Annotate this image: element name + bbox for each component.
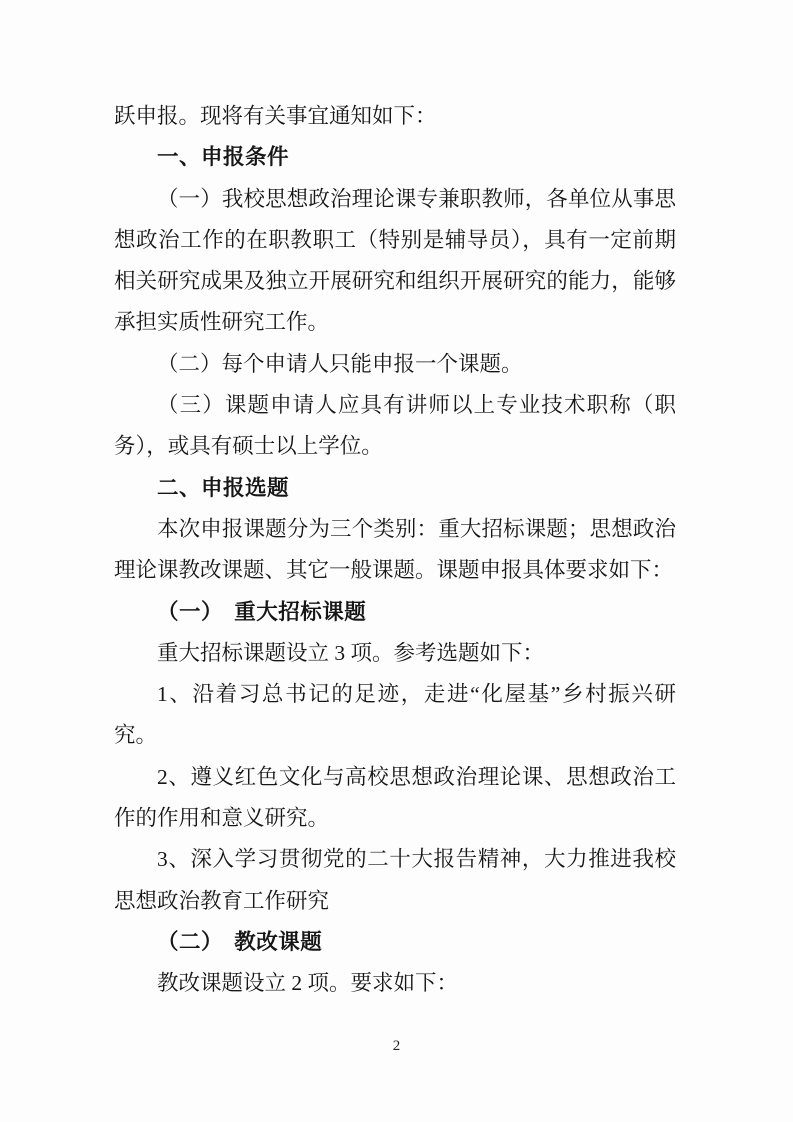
paragraph: 教改课题设立 2 项。要求如下： (114, 963, 676, 1004)
page-number: 2 (0, 1036, 793, 1056)
paragraph: 本次申报课题分为三个类别：重大招标课题；思想政治理论课教改课题、其它一般课题。课… (114, 509, 676, 592)
paragraph: （三）课题申请人应具有讲师以上专业技术职称（职务），或具有硕士以上学位。 (114, 385, 676, 468)
document-body: 跃申报。现将有关事宜通知如下： 一、申报条件 （一）我校思想政治理论课专兼职教师… (114, 96, 676, 1005)
paragraph: （一）我校思想政治理论课专兼职教师，各单位从事思想政治工作的在职教职工（特别是辅… (114, 179, 676, 344)
heading-section-2: 二、申报选题 (114, 468, 676, 509)
paragraph: 重大招标课题设立 3 项。参考选题如下： (114, 633, 676, 674)
paragraph: 3、深入学习贯彻党的二十大报告精神，大力推进我校思想政治教育工作研究 (114, 839, 676, 922)
paragraph-continuation: 跃申报。现将有关事宜通知如下： (114, 96, 676, 137)
heading-subsection-1: （一） 重大招标课题 (114, 592, 676, 633)
heading-subsection-2: （二） 教改课题 (114, 922, 676, 963)
paragraph: （二）每个申请人只能申报一个课题。 (114, 344, 676, 385)
paragraph: 1、沿着习总书记的足迹，走进“化屋基”乡村振兴研究。 (114, 674, 676, 757)
paragraph: 2、遵义红色文化与高校思想政治理论课、思想政治工作的作用和意义研究。 (114, 757, 676, 840)
heading-section-1: 一、申报条件 (114, 137, 676, 178)
document-page: 跃申报。现将有关事宜通知如下： 一、申报条件 （一）我校思想政治理论课专兼职教师… (0, 0, 793, 1122)
